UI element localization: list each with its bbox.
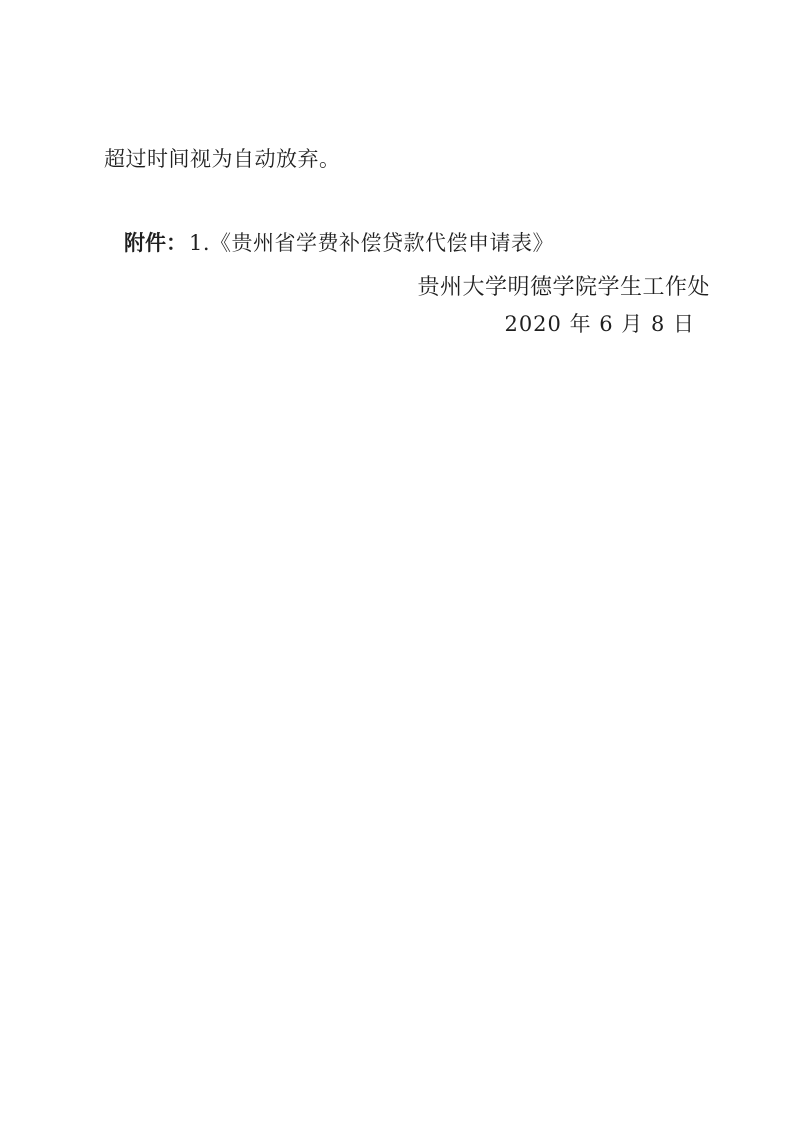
document-page: 超过时间视为自动放弃。 附件：1.《贵州省学费补偿贷款代偿申请表》 贵州大学明德… [0, 0, 793, 1122]
attachment-label: 附件： [124, 232, 187, 255]
paragraph-closing-line: 超过时间视为自动放弃。 [104, 146, 341, 172]
attachment-item: 1.《贵州省学费补偿贷款代偿申请表》 [189, 231, 554, 255]
attachment-line: 附件：1.《贵州省学费补偿贷款代偿申请表》 [124, 230, 554, 257]
signature-date: 2020 年 6 月 8 日 [504, 311, 695, 337]
signature-organization: 贵州大学明德学院学生工作处 [417, 275, 710, 301]
